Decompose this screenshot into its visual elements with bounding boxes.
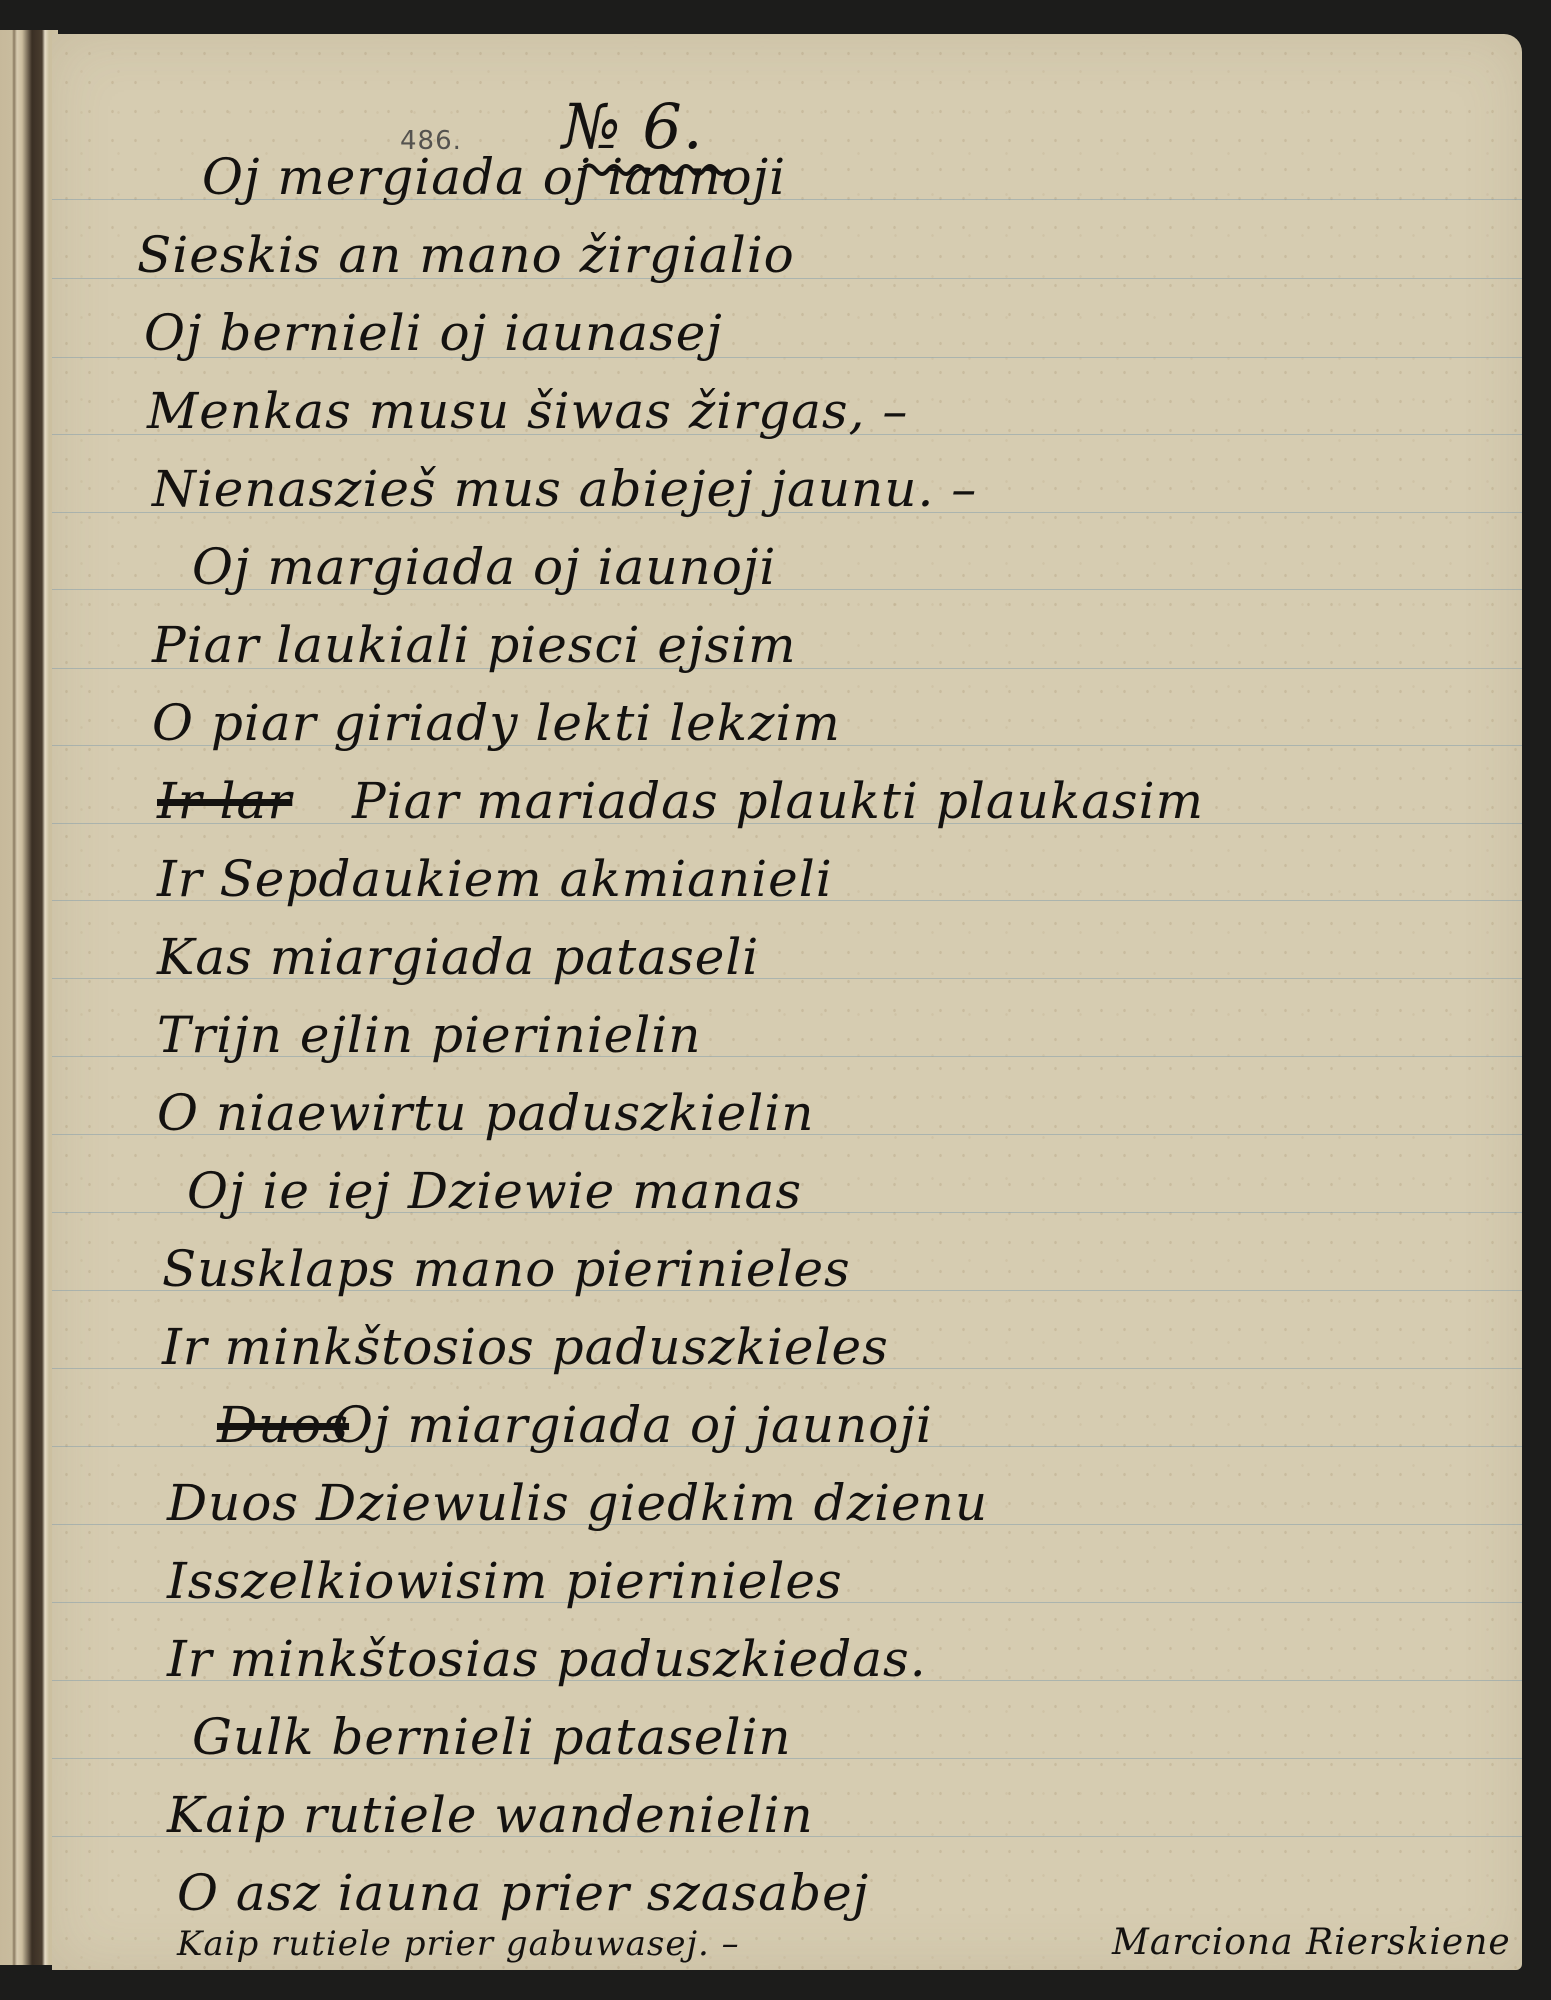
verse-line: Trijn ejlin pierinielin <box>157 1010 701 1060</box>
notebook-binding <box>0 30 58 1965</box>
verse-line: Kaip rutiele wandenielin <box>167 1790 814 1840</box>
verse-line: Oj bernieli oj iaunasej <box>144 308 723 358</box>
verse-line: O asz iauna prier szasabej <box>177 1868 869 1918</box>
notebook-page: 486. № 6. Oj mergiada oj iaunoji Sieskis… <box>52 34 1522 1970</box>
verse-line: O niaewirtu paduszkielin <box>157 1088 814 1138</box>
verse-line: Nienaszieš mus abiejej jaunu. – <box>152 464 977 514</box>
verse-line: Gulk bernieli pataselin <box>192 1712 792 1762</box>
verse-line: Ir minkštosias paduszkiedas. <box>167 1634 927 1684</box>
verse-line: Oj ie iej Dziewie manas <box>187 1166 802 1216</box>
verse-line: Kas miargiada pataseli <box>157 932 759 982</box>
informant-signature: Marciona Rierskiene <box>1112 1922 1511 1963</box>
struck-text: Ir lar <box>157 776 292 826</box>
verse-line: Duos Dziewulis giedkim dzienu <box>167 1478 988 1528</box>
verse-line: Oj miargiada oj jaunoji <box>332 1400 933 1450</box>
verse-line: Oj margiada oj iaunoji <box>192 542 776 592</box>
verse-line: Ir minkštosios paduszkieles <box>162 1322 889 1372</box>
verse-line: Isszelkiowisim pierinieles <box>167 1556 843 1606</box>
verse-line: Ir Sepdaukiem akmianieli <box>157 854 833 904</box>
verse-line: Piar laukiali piesci ejsim <box>152 620 797 670</box>
verse-line: Kaip rutiele prier gabuwasej. – <box>177 1924 740 1964</box>
struck-text: Duos <box>217 1400 349 1450</box>
verse-line: Piar mariadas plaukti plaukasim <box>352 776 1204 826</box>
verse-line: Sieskis an mano žirgialio <box>137 230 795 280</box>
verse-line: Oj mergiada oj iaunoji <box>202 152 786 202</box>
verse-line: O piar giriady lekti lekzim <box>152 698 841 748</box>
verse-line: Susklaps mano pierinieles <box>162 1244 851 1294</box>
verse-line: Menkas musu šiwas žirgas, – <box>147 386 908 436</box>
